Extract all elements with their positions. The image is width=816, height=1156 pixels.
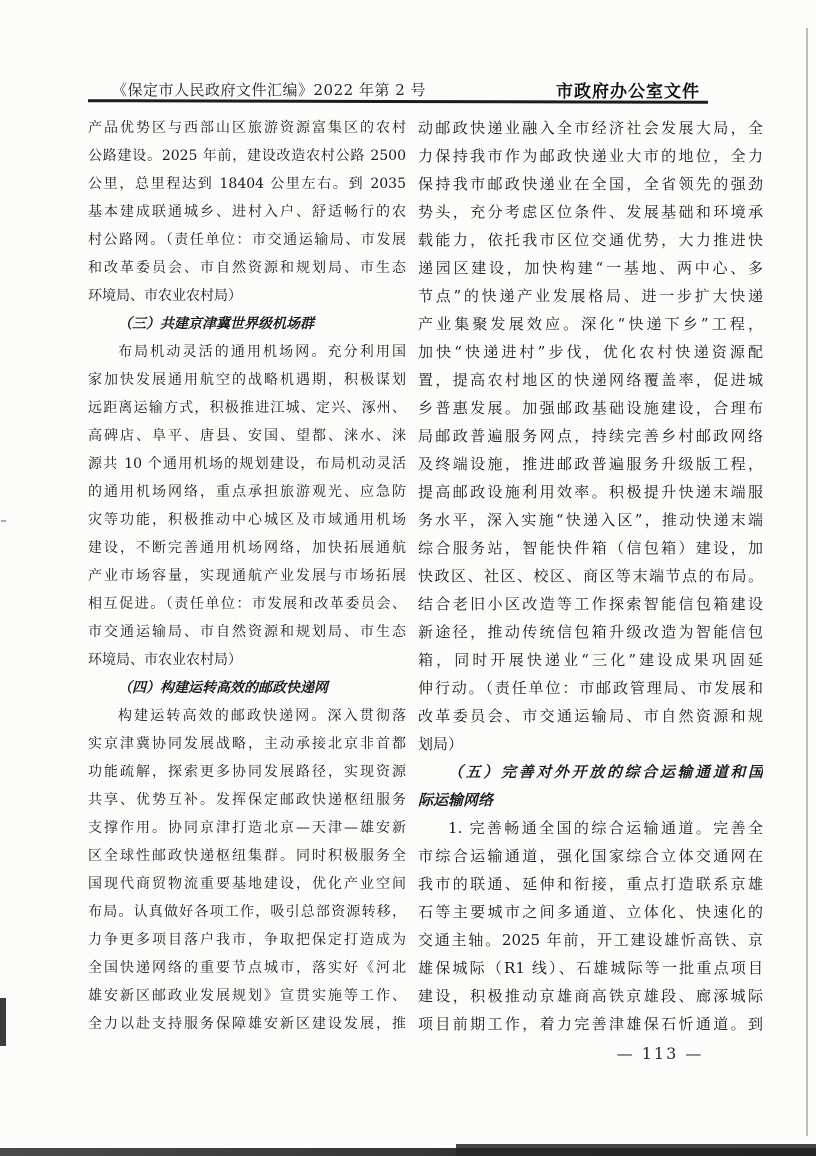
text-line: （四）构建运转高效的邮政快递网: [88, 674, 406, 702]
text-line: 公路建设。2025 年前，建设改造农村公路 2500: [88, 142, 406, 170]
text-line: 产品优势区与西部山区旅游资源富集区的农村: [88, 114, 406, 142]
text-line: 构建运转高效的邮政快递网。深入贯彻落: [88, 702, 406, 730]
text-line: 和改革委员会、市自然资源和规划局、市生态: [88, 254, 406, 282]
text-line: 产业市场容量，实现通航产业发展与市场拓展: [88, 562, 406, 590]
text-line: 乡普惠发展。加强邮政基础设施建设，合理布: [418, 394, 763, 422]
header-publication-title: 《保定市人民政府文件汇编》2022 年第 2 号: [112, 79, 412, 100]
scan-artifact-bottom-right: [456, 1144, 816, 1156]
text-line: 节点”的快递产业发展格局、进一步扩大快递: [418, 282, 763, 310]
text-line: 划局）: [418, 730, 763, 758]
text-line: 及终端设施，推进邮政普遍服务升级版工程，: [418, 450, 763, 478]
text-line: 力保持我市作为邮政快递业大市的地位，全力: [418, 142, 763, 170]
text-line: 际运输网络: [418, 786, 763, 814]
text-line: 村公路网。（责任单位：市交通运输局、市发展: [88, 226, 406, 254]
scan-artifact-left-mark: [0, 998, 6, 1046]
text-line: 功能疏解，探索更多协同发展路径，实现资源: [88, 758, 406, 786]
text-line: 市交通运输局、市自然资源和规划局、市生态: [88, 618, 406, 646]
text-line: 箱，同时开展快递业“三化”建设成果巩固延: [418, 646, 763, 674]
text-line: 产业集聚发展效应。深化“快递下乡”工程，: [418, 310, 763, 338]
header-document-category: 市政府办公室文件: [556, 77, 700, 102]
text-line: 全国快递网络的重要节点城市，落实好《河北: [88, 954, 406, 982]
text-line: 共享、优势互补。发挥保定邮政快递枢纽服务: [88, 786, 406, 814]
text-line: 结合老旧小区改造等工作探索智能信包箱建设: [418, 590, 763, 618]
text-line: 改革委员会、市交通运输局、市自然资源和规: [418, 702, 763, 730]
text-line: 1. 完善畅通全国的综合运输通道。完善全: [418, 814, 763, 842]
text-line: 我市的联通、延伸和衔接，重点打造联系京雄: [418, 870, 763, 898]
text-line: 载能力，依托我市区位交通优势，大力推进快: [418, 226, 763, 254]
text-line: 家加快发展通用航空的战略机遇期，积极谋划: [88, 366, 406, 394]
text-line: 快政区、社区、校区、商区等末端节点的布局。: [418, 562, 763, 590]
text-line: 国现代商贸物流重要基地建设，优化产业空间: [88, 870, 406, 898]
scan-artifact-right-line: [806, 28, 808, 1136]
text-column-left: 产品优势区与西部山区旅游资源富集区的农村公路建设。2025 年前，建设改造农村公…: [88, 114, 406, 1038]
text-line: 公里，总里程达到 18404 公里左右。到 2035 年，: [88, 170, 406, 198]
page-number: — 113 —: [600, 1044, 720, 1063]
text-line: 局邮政普遍服务网点，持续完善乡村邮政网络: [418, 422, 763, 450]
text-line: 全力以赴支持服务保障雄安新区建设发展，推: [88, 1010, 406, 1038]
text-line: 加快“快递进村”步伐，优化农村快递资源配: [418, 338, 763, 366]
text-line: 保持我市邮政快递业在全国，全省领先的强劲: [418, 170, 763, 198]
text-line: 力争更多项目落户我市，争取把保定打造成为: [88, 926, 406, 954]
text-line: 递园区建设，加快构建“一基地、两中心、多: [418, 254, 763, 282]
text-line: 石等主要城市之间多通道、立体化、快速化的: [418, 898, 763, 926]
text-line: 提高邮政设施利用效率。积极提升快递末端服: [418, 478, 763, 506]
text-line: 动邮政快递业融入全市经济社会发展大局，全: [418, 114, 763, 142]
text-line: 实京津冀协同发展战略，主动承接北京非首都: [88, 730, 406, 758]
text-line: 的通用机场网络，重点承担旅游观光、应急防: [88, 478, 406, 506]
scan-artifact-left-dash: [1, 520, 6, 522]
text-line: 建设，积极推动京雄商高铁京雄段、廊涿城际: [418, 982, 763, 1010]
text-line: 务水平，深入实施“快递入区”，推动快递末端: [418, 506, 763, 534]
text-line: （五）完善对外开放的综合运输通道和国: [418, 758, 763, 786]
text-line: 伸行动。（责任单位：市邮政管理局、市发展和: [418, 674, 763, 702]
text-line: 布局机动灵活的通用机场网。充分利用国: [88, 338, 406, 366]
text-line: 相互促进。（责任单位：市发展和改革委员会、: [88, 590, 406, 618]
header-rule: [88, 99, 708, 104]
text-line: 环境局、市农业农村局）: [88, 282, 406, 310]
text-line: 环境局、市农业农村局）: [88, 646, 406, 674]
text-line: 建设，不断完善通用机场网络，加快拓展通航: [88, 534, 406, 562]
text-line: 雄保城际（R1 线）、石雄城际等一批重点项目: [418, 954, 763, 982]
text-column-right: 动邮政快递业融入全市经济社会发展大局，全力保持我市作为邮政快递业大市的地位，全力…: [418, 114, 763, 1038]
text-line: （三）共建京津冀世界级机场群: [88, 310, 406, 338]
text-line: 置，提高农村地区的快递网络覆盖率，促进城: [418, 366, 763, 394]
text-line: 高碑店、阜平、唐县、安国、望都、涞水、涞: [88, 422, 406, 450]
text-line: 源共 10 个通用机场的规划建设，布局机动灵活: [88, 450, 406, 478]
text-line: 市综合运输通道，强化国家综合立体交通网在: [418, 842, 763, 870]
text-line: 支撑作用。协同京津打造北京—天津—雄安新: [88, 814, 406, 842]
text-line: 灾等功能，积极推动中心城区及市域通用机场: [88, 506, 406, 534]
text-line: 区全球性邮政快递枢纽集群。同时积极服务全: [88, 842, 406, 870]
text-line: 基本建成联通城乡、进村入户、舒适畅行的农: [88, 198, 406, 226]
text-line: 远距离运输方式，积极推进江城、定兴、涿州、: [88, 394, 406, 422]
text-line: 新途径，推动传统信包箱升级改造为智能信包: [418, 618, 763, 646]
text-line: 项目前期工作，着力完善津雄保石忻通道。到: [418, 1010, 763, 1038]
text-line: 综合服务站，智能快件箱（信包箱）建设，加: [418, 534, 763, 562]
text-line: 势头，充分考虑区位条件、发展基础和环境承: [418, 198, 763, 226]
text-line: 布局。认真做好各项工作，吸引总部资源转移，: [88, 898, 406, 926]
document-page: 《保定市人民政府文件汇编》2022 年第 2 号 市政府办公室文件 产品优势区与…: [0, 0, 816, 1156]
text-line: 雄安新区邮政业发展规划》宣贯实施等工作、: [88, 982, 406, 1010]
text-line: 交通主轴。2025 年前，开工建设雄忻高铁、京: [418, 926, 763, 954]
